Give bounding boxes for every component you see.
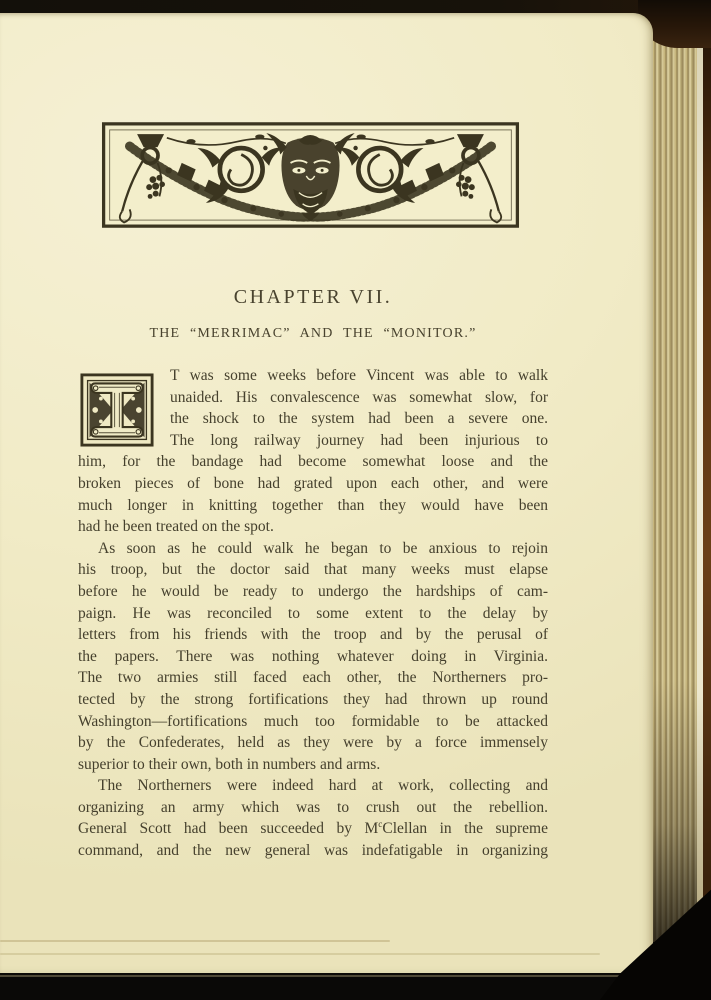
text-line: superior to their own, both in numbers a… <box>78 754 548 776</box>
text-line: organizing an army which was to crush ou… <box>78 797 548 819</box>
text-line: As soon as he could walk he began to be … <box>78 538 548 560</box>
chapter-subtitle: THE “MERRIMAC” AND THE “MONITOR.” <box>70 326 556 342</box>
chapter-title: CHAPTER VII. <box>78 286 548 309</box>
ornament-banner-icon <box>88 122 533 228</box>
text-line: The two armies still faced each other, t… <box>78 667 548 689</box>
page-edge-line <box>0 940 390 942</box>
text-line: the shock to the system had been a sever… <box>170 408 548 430</box>
text-line: unaided. His convalescence was somewhat … <box>170 387 548 409</box>
text-line: command, and the new general was indefat… <box>78 840 548 862</box>
text-line: broken pieces of bone had grated upon ea… <box>78 473 548 495</box>
book-page: CHAPTER VII. THE “MERRIMAC” AND THE “MON… <box>0 13 653 973</box>
text-line: General Scott had been succeeded by McCl… <box>78 818 548 840</box>
text-line: Washington—fortifications much too formi… <box>78 711 548 733</box>
text-line: his troop, but the doctor said that many… <box>78 559 548 581</box>
paragraph: The Northerners were indeed hard at work… <box>78 775 548 861</box>
text-line: letters from his friends with the troop … <box>78 624 548 646</box>
background-top <box>0 0 711 13</box>
scanned-book-photo: CHAPTER VII. THE “MERRIMAC” AND THE “MON… <box>0 0 711 1000</box>
text-line: by the Confederates, held as they were b… <box>78 732 548 754</box>
paragraph: As soon as he could walk he began to be … <box>78 538 548 776</box>
text-line: tected by the strong fortifications they… <box>78 689 548 711</box>
text-line: the papers. There was nothing whatever d… <box>78 646 548 668</box>
header-ornament-illustration <box>88 122 533 228</box>
text-line: The long railway journey had been injuri… <box>170 430 548 452</box>
text-line: him, for the bandage had become somewhat… <box>78 451 548 473</box>
text-line: before he would be ready to undergo the … <box>78 581 548 603</box>
drop-cap-initial-icon: I <box>80 370 154 450</box>
text-line: paign. He was reconciled to some extent … <box>78 603 548 625</box>
body-text: I T was som <box>78 365 548 862</box>
text-line: much longer in knitting together than th… <box>78 495 548 517</box>
text-line: had he been treated on the spot. <box>78 516 548 538</box>
text-line: The Northerners were indeed hard at work… <box>78 775 548 797</box>
book-cover-edge <box>703 0 711 925</box>
page-edge-line <box>0 953 600 955</box>
text-line: T was some weeks before Vincent was able… <box>170 365 548 387</box>
